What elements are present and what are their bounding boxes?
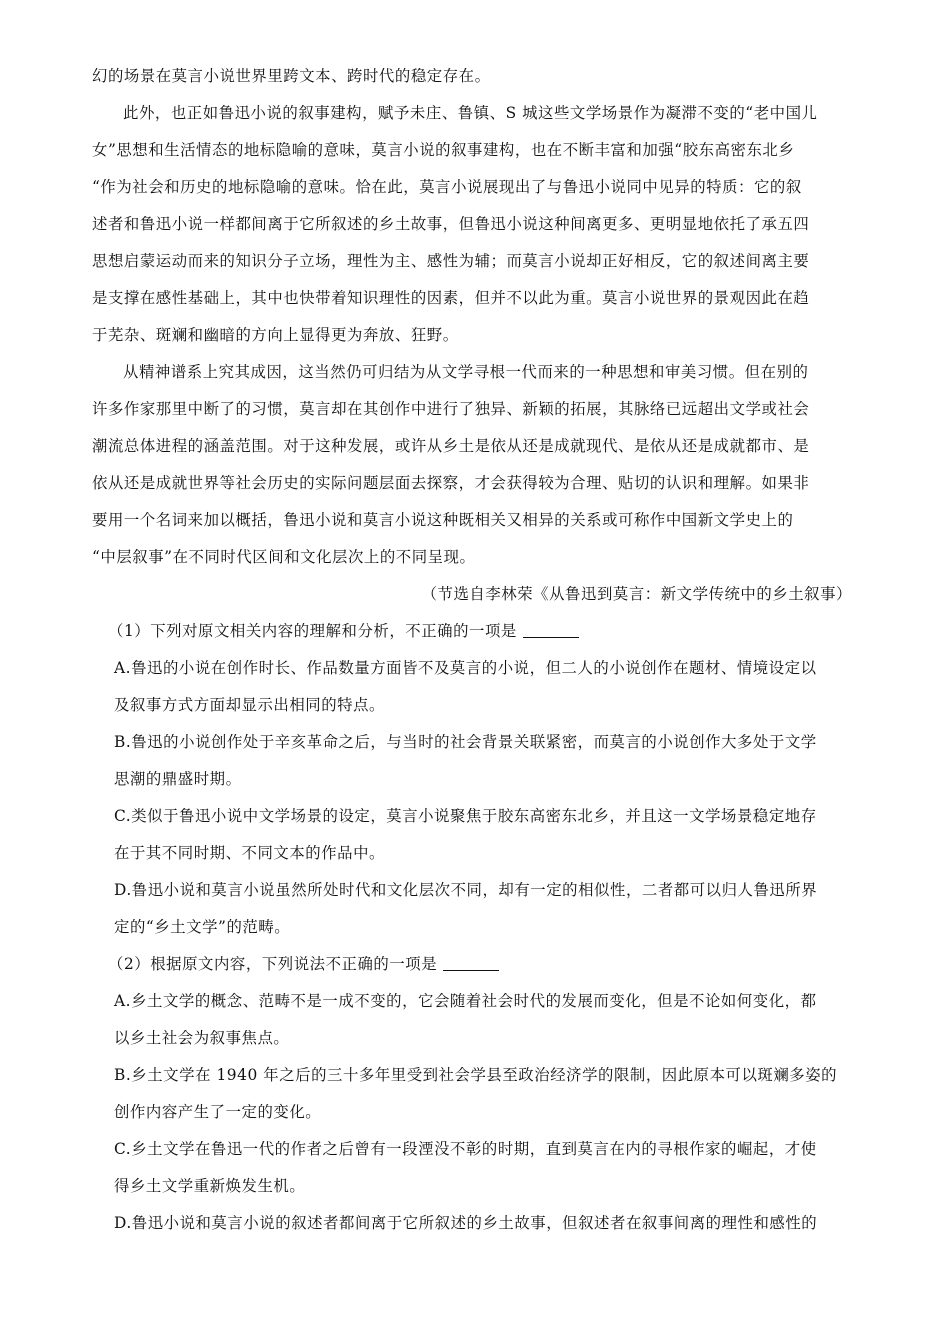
option-line: 及叙事方式方面却显示出相同的特点。 [92, 687, 860, 724]
passage-line: 依从还是成就世界等社会历史的实际问题层面去探察，才会获得较为合理、贴切的认识和理… [92, 465, 860, 502]
answer-blank[interactable] [443, 969, 499, 971]
passage-line: 是支撑在感性基础上，其中也快带着知识理性的因素，但并不以此为重。莫言小说世界的景… [92, 280, 860, 317]
document-page: 幻的场景在莫言小说世界里跨文本、跨时代的稳定存在。 此外，也正如鲁迅小说的叙事建… [92, 58, 860, 1242]
passage-line: 于芜杂、斑斓和幽暗的方向上显得更为奔放、狂野。 [92, 317, 860, 354]
option-line: 创作内容产生了一定的变化。 [92, 1094, 860, 1131]
question-1: （1）下列对原文相关内容的理解和分析，不正确的一项是 A.鲁迅的小说在创作时长、… [92, 613, 860, 946]
option-d: D.鲁迅小说和莫言小说虽然所处时代和文化层次不同，却有一定的相似性，二者都可以归… [92, 872, 860, 946]
option-a: A.鲁迅的小说在创作时长、作品数量方面皆不及莫言的小说，但二人的小说创作在题材、… [92, 650, 860, 724]
option-b: B.鲁迅的小说创作处于辛亥革命之后，与当时的社会背景关联紧密，而莫言的小说创作大… [92, 724, 860, 798]
option-line: 思潮的鼎盛时期。 [92, 761, 860, 798]
option-d: D.鲁迅小说和莫言小说的叙述者都间离于它所叙述的乡土故事，但叙述者在叙事间离的理… [92, 1205, 860, 1242]
passage-paragraph-start: 从精神谱系上究其成因，这当然仍可归结为从文学寻根一代而来的一种思想和审美习惯。但… [92, 354, 860, 391]
passage-line: 女”思想和生活情态的地标隐喻的意味，莫言小说的叙事建构，也在不断丰富和加强“胶东… [92, 132, 860, 169]
passage-line: 述者和鲁迅小说一样都间离于它所叙述的乡土故事，但鲁迅小说这种间离更多、更明显地依… [92, 206, 860, 243]
option-line: 以乡土社会为叙事焦点。 [92, 1020, 860, 1057]
passage-paragraph-start: 此外，也正如鲁迅小说的叙事建构，赋予未庄、鲁镇、S 城这些文学场景作为凝滞不变的… [92, 95, 860, 132]
question-prompt-text: （2）根据原文内容，下列说法不正确的一项是 [108, 955, 437, 973]
question-prompt: （2）根据原文内容，下列说法不正确的一项是 [92, 946, 860, 983]
option-line: B.鲁迅的小说创作处于辛亥革命之后，与当时的社会背景关联紧密，而莫言的小说创作大… [92, 724, 860, 761]
option-line: 得乡土文学重新焕发生机。 [92, 1168, 860, 1205]
option-line: 在于其不同时期、不同文本的作品中。 [92, 835, 860, 872]
option-line: B.乡土文学在 1940 年之后的三十多年里受到社会学县至政治经济学的限制，因此… [92, 1057, 860, 1094]
passage: 幻的场景在莫言小说世界里跨文本、跨时代的稳定存在。 此外，也正如鲁迅小说的叙事建… [92, 58, 860, 613]
option-c: C.乡土文学在鲁迅一代的作者之后曾有一段湮没不彰的时期，直到莫言在内的寻根作家的… [92, 1131, 860, 1205]
passage-line: 要用一个名词来加以概括，鲁迅小说和莫言小说这种既相关又相异的关系或可称作中国新文… [92, 502, 860, 539]
question-prompt-text: （1）下列对原文相关内容的理解和分析，不正确的一项是 [108, 622, 517, 640]
option-line: C.乡土文学在鲁迅一代的作者之后曾有一段湮没不彰的时期，直到莫言在内的寻根作家的… [92, 1131, 860, 1168]
option-line: D.鲁迅小说和莫言小说虽然所处时代和文化层次不同，却有一定的相似性，二者都可以归… [92, 872, 860, 909]
passage-line: 潮流总体进程的涵盖范围。对于这种发展，或许从乡土是依从还是成就现代、是依从还是成… [92, 428, 860, 465]
answer-blank[interactable] [523, 636, 579, 638]
question-prompt: （1）下列对原文相关内容的理解和分析，不正确的一项是 [92, 613, 860, 650]
passage-line: “中层叙事”在不同时代区间和文化层次上的不同呈现。 [92, 539, 860, 576]
passage-citation: （节选自李林荣《从鲁迅到莫言：新文学传统中的乡土叙事） [92, 576, 860, 613]
passage-line: 幻的场景在莫言小说世界里跨文本、跨时代的稳定存在。 [92, 58, 860, 95]
option-line: C.类似于鲁迅小说中文学场景的设定，莫言小说聚焦于胶东高密东北乡，并且这一文学场… [92, 798, 860, 835]
passage-line: “作为社会和历史的地标隐喻的意味。恰在此，莫言小说展现出了与鲁迅小说同中见异的特… [92, 169, 860, 206]
option-c: C.类似于鲁迅小说中文学场景的设定，莫言小说聚焦于胶东高密东北乡，并且这一文学场… [92, 798, 860, 872]
option-a: A.乡土文学的概念、范畴不是一成不变的，它会随着社会时代的发展而变化，但是不论如… [92, 983, 860, 1057]
option-b: B.乡土文学在 1940 年之后的三十多年里受到社会学县至政治经济学的限制，因此… [92, 1057, 860, 1131]
option-line: A.乡土文学的概念、范畴不是一成不变的，它会随着社会时代的发展而变化，但是不论如… [92, 983, 860, 1020]
option-line: A.鲁迅的小说在创作时长、作品数量方面皆不及莫言的小说，但二人的小说创作在题材、… [92, 650, 860, 687]
question-2: （2）根据原文内容，下列说法不正确的一项是 A.乡土文学的概念、范畴不是一成不变… [92, 946, 860, 1242]
option-line: D.鲁迅小说和莫言小说的叙述者都间离于它所叙述的乡土故事，但叙述者在叙事间离的理… [92, 1205, 860, 1242]
passage-line: 思想启蒙运动而来的知识分子立场，理性为主、感性为辅；而莫言小说却正好相反，它的叙… [92, 243, 860, 280]
passage-line: 许多作家那里中断了的习惯，莫言却在其创作中进行了独异、新颖的拓展，其脉络已远超出… [92, 391, 860, 428]
option-line: 定的“乡土文学”的范畴。 [92, 909, 860, 946]
